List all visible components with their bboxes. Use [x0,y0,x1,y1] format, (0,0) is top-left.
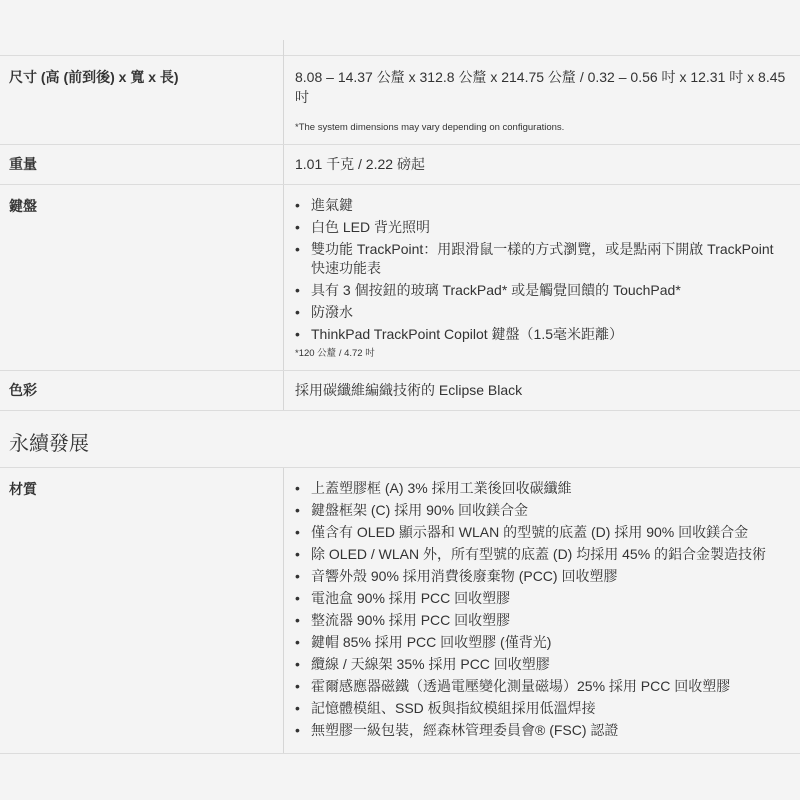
row-label: 尺寸 (高 (前到後) x 寬 x 長) [0,56,283,144]
list-item: 防潑水 [295,303,786,322]
row-label: 材質 [0,468,283,753]
row-value-cell: 上蓋塑膠框 (A) 3% 採用工業後回收碳纖維 鍵盤框架 (C) 採用 90% … [283,468,800,753]
list-item: 雙功能 TrackPoint：用跟滑鼠一樣的方式瀏覽，或是點兩下開啟 Track… [295,240,786,278]
list-item: 僅含有 OLED 顯示器和 WLAN 的型號的底蓋 (D) 採用 90% 回收鎂… [295,523,786,542]
colour-value: 採用碳纖維編織技術的 Eclipse Black [295,380,786,400]
table-row-stub [0,40,800,55]
table-row-materials: 材質 上蓋塑膠框 (A) 3% 採用工業後回收碳纖維 鍵盤框架 (C) 採用 9… [0,467,800,754]
list-item: 具有 3 個按鈕的玻璃 TrackPad* 或是觸覺回饋的 TouchPad* [295,281,786,300]
table-row-keyboard: 鍵盤 進氣鍵 白色 LED 背光照明 雙功能 TrackPoint：用跟滑鼠一樣… [0,184,800,370]
list-item: 除 OLED / WLAN 外，所有型號的底蓋 (D) 均採用 45% 的鋁合金… [295,545,786,564]
list-item: 鍵盤框架 (C) 採用 90% 回收鎂合金 [295,501,786,520]
top-spacer [0,0,800,40]
sustainability-table: 材質 上蓋塑膠框 (A) 3% 採用工業後回收碳纖維 鍵盤框架 (C) 採用 9… [0,467,800,754]
row-value-cell: 採用碳纖維編織技術的 Eclipse Black [283,371,800,410]
materials-bullet-list: 上蓋塑膠框 (A) 3% 採用工業後回收碳纖維 鍵盤框架 (C) 採用 90% … [295,479,786,740]
table-row-colour: 色彩 採用碳纖維編織技術的 Eclipse Black [0,370,800,411]
list-item: 無塑膠一級包裝，經森林管理委員會® (FSC) 認證 [295,721,786,740]
row-label: 鍵盤 [0,185,283,370]
keyboard-bullet-list: 進氣鍵 白色 LED 背光照明 雙功能 TrackPoint：用跟滑鼠一樣的方式… [295,196,786,344]
table-row-weight: 重量 1.01 千克 / 2.22 磅起 [0,144,800,184]
spec-sheet-page: 尺寸 (高 (前到後) x 寬 x 長) 8.08 – 14.37 公釐 x 3… [0,0,800,800]
list-item: 電池盒 90% 採用 PCC 回收塑膠 [295,589,786,608]
list-item: 整流器 90% 採用 PCC 回收塑膠 [295,611,786,630]
list-item: 鍵帽 85% 採用 PCC 回收塑膠 (僅背光) [295,633,786,652]
row-label: 重量 [0,145,283,184]
list-item: 白色 LED 背光照明 [295,218,786,237]
spec-table: 尺寸 (高 (前到後) x 寬 x 長) 8.08 – 14.37 公釐 x 3… [0,40,800,411]
list-item: ThinkPad TrackPoint Copilot 鍵盤（1.5毫米距離） [295,325,786,344]
list-item: 進氣鍵 [295,196,786,215]
list-item: 霍爾感應器磁鐵（透過電壓變化測量磁場）25% 採用 PCC 回收塑膠 [295,677,786,696]
weight-value: 1.01 千克 / 2.22 磅起 [295,154,786,174]
row-value-cell: 1.01 千克 / 2.22 磅起 [283,145,800,184]
row-label: 色彩 [0,371,283,410]
section-title-sustainability: 永續發展 [0,411,800,467]
dimensions-value: 8.08 – 14.37 公釐 x 312.8 公釐 x 214.75 公釐 /… [295,67,786,107]
list-item: 音響外殼 90% 採用消費後廢棄物 (PCC) 回收塑膠 [295,567,786,586]
list-item: 纜線 / 天線架 35% 採用 PCC 回收塑膠 [295,655,786,674]
keyboard-footnote: *120 公釐 / 4.72 吋 [295,348,786,360]
table-row-dimensions: 尺寸 (高 (前到後) x 寬 x 長) 8.08 – 14.37 公釐 x 3… [0,55,800,144]
dimensions-footnote: *The system dimensions may vary dependin… [295,122,786,134]
row-value-cell: 進氣鍵 白色 LED 背光照明 雙功能 TrackPoint：用跟滑鼠一樣的方式… [283,185,800,370]
list-item: 記憶體模組、SSD 板與指紋模組採用低溫焊接 [295,699,786,718]
list-item: 上蓋塑膠框 (A) 3% 採用工業後回收碳纖維 [295,479,786,498]
row-value-cell: 8.08 – 14.37 公釐 x 312.8 公釐 x 214.75 公釐 /… [283,56,800,144]
